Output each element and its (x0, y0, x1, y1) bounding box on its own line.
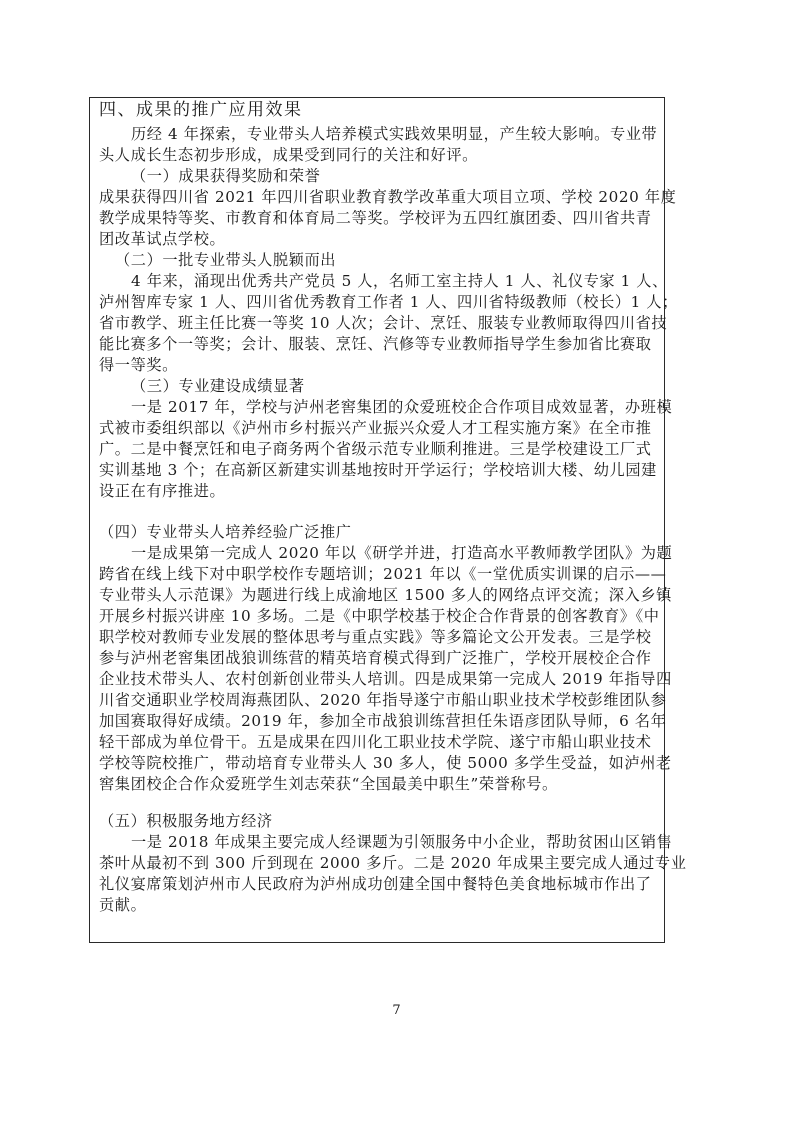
paragraph-line: 教学成果特等奖、市教育和体育局二等奖。学校评为五四红旗团委、四川省共青 (99, 209, 652, 228)
section-title: 四、成果的推广应用效果 (99, 101, 303, 120)
paragraph-line: 广。二是中餐烹饪和电子商务两个省级示范专业顺利推进。三是学校建设工厂式 (99, 440, 652, 459)
paragraph-line: 加国赛取得好成绩。2019 年，参加全市战狼训练营担任朱语彦团队导师，6 名年 (99, 712, 666, 731)
subsection-heading-3: （三）专业建设成绩显著 (131, 377, 305, 396)
paragraph-line: 轻干部成为单位骨干。五是成果在四川化工职业技术学院、遂宁市船山职业技术 (99, 733, 652, 752)
paragraph-line: 川省交通职业学校周海燕团队、2020 年指导遂宁市船山职业技术学校彭维团队参 (99, 691, 666, 710)
paragraph-line: 一是成果第一完成人 2020 年以《研学并进，打造高水平教师教学团队》为题 (131, 544, 672, 563)
paragraph-line: 团改革试点学校。 (99, 230, 225, 249)
paragraph-line: 茶叶从最初不到 300 斤到现在 2000 多斤。二是 2020 年成果主要完成… (99, 854, 687, 873)
paragraph-line: 得一等奖。 (99, 356, 178, 375)
paragraph-line: 泸州智库专家 1 人、四川省优秀教育工作者 1 人、四川省特级教师（校长）1 人… (99, 293, 678, 312)
paragraph-line: 省市教学、班主任比赛一等奖 10 人次；会计、烹饪、服装专业教师取得四川省技 (99, 314, 667, 333)
paragraph-line: 成果获得四川省 2021 年四川省职业教育教学改革重大项目立项、学校 2020 … (99, 188, 676, 207)
paragraph-line: 参与泸州老窖集团战狼训练营的精英培育模式得到广泛推广，学校开展校企合作 (99, 649, 652, 668)
paragraph-line: 能比赛多个一等奖；会计、服装、烹饪、汽修等专业教师指导学生参加省比赛取 (99, 335, 652, 354)
paragraph-line: 窖集团校企合作众爱班学生刘志荣获“全国最美中职生”荣誉称号。 (99, 775, 558, 794)
paragraph-line: 学校等院校推广，带动培育专业带头人 30 多人，使 5000 多学生受益，如泸州… (99, 754, 672, 773)
paragraph-line: 4 年来，涌现出优秀共产党员 5 人，名师工室主持人 1 人、礼仪专家 1 人、 (131, 272, 668, 291)
paragraph-line: 贡献。 (99, 896, 146, 915)
paragraph-line: 一是 2017 年，学校与泸州老窖集团的众爱班校企合作项目成效显著，办班模 (131, 398, 672, 417)
intro-line: 头人成长生态初步形成，成果受到同行的关注和好评。 (99, 146, 478, 165)
paragraph-line: 礼仪宴席策划泸州市人民政府为泸州成功创建全国中餐特色美食地标城市作出了 (99, 875, 652, 894)
paragraph-line: 实训基地 3 个；在高新区新建实训基地按时开学运行；学校培训大楼、幼儿园建 (99, 461, 657, 480)
paragraph-line: 一是 2018 年成果主要完成人经课题为引领服务中小企业，帮助贫困山区销售 (131, 833, 672, 852)
subsection-heading-4: （四）专业带头人培养经验广泛推广 (99, 523, 352, 542)
paragraph-line: 设正在有序推进。 (99, 482, 225, 501)
paragraph-line: 跨省在线上线下对中职学校作专题培训；2021 年以《一堂优质实训课的启示—— (99, 565, 666, 584)
paragraph-line: 企业技术带头人、农村创新创业带头人培训。四是成果第一完成人 2019 年指导四 (99, 670, 672, 689)
subsection-heading-5: （五）积极服务地方经济 (99, 812, 273, 831)
subsection-heading-2: （二）一批专业带头人脱颖而出 (115, 251, 336, 270)
subsection-heading-1: （一）成果获得奖励和荣誉 (131, 167, 320, 186)
paragraph-line: 开展乡村振兴讲座 10 多场。二是《中职学校基于校企合作背景的创客教育》《中 (99, 607, 660, 626)
intro-line: 历经 4 年探索，专业带头人培养模式实践效果明显，产生较大影响。专业带 (131, 125, 657, 144)
paragraph-line: 式被市委组织部以《泸州市乡村振兴产业振兴众爱人才工程实施方案》在全市推 (99, 419, 652, 438)
page-number: 7 (0, 1003, 793, 1018)
paragraph-line: 职学校对教师专业发展的整体思考与重点实践》等多篇论文公开发表。三是学校 (99, 628, 652, 647)
paragraph-line: 专业带头人示范课》为题进行线上成渝地区 1500 多人的网络点评交流；深入乡镇 (99, 586, 672, 605)
